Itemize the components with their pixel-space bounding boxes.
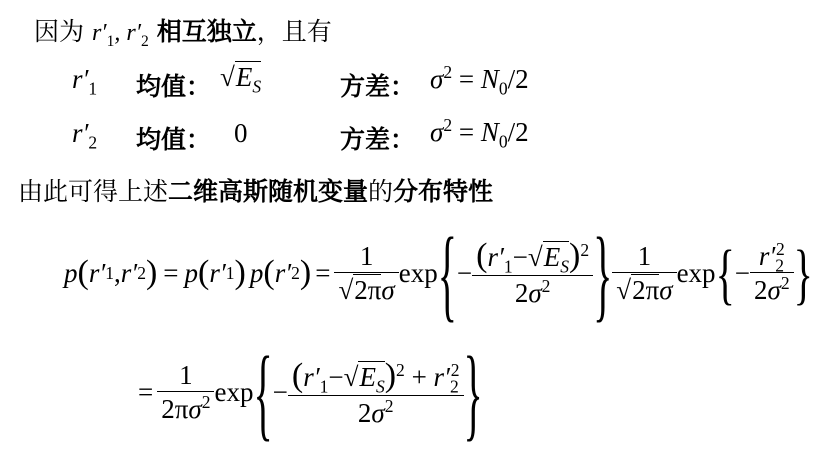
fraction-r1-term: (r′1−√ES)2 2σ2: [472, 237, 593, 309]
fraction-1-over-sqrt2pi-sigma-2: 1 √2πσ: [612, 241, 676, 306]
fraction-combined-term: (r′1−√ES)2 + r′22 2σ2: [288, 357, 464, 429]
intro-suffix: ，且有: [257, 17, 332, 46]
intro-prefix: 因为: [34, 17, 84, 46]
fraction-r2-term: r′22 2σ2: [750, 241, 794, 306]
conclusion-bold-end: 分布特性: [393, 177, 493, 206]
r1-mean-label: 均值：: [136, 67, 211, 103]
joint-pdf-simplified-equation: = 1 2πσ2 exp { − (r′1−√ES)2 + r′22 2σ2 }: [138, 335, 483, 450]
r1-variance-value: σ2 = N0/2: [430, 64, 529, 95]
intro-bold-text: 相互独立: [157, 17, 257, 46]
conclusion-mid: 的: [368, 177, 393, 206]
fraction-1-over-sqrt2pi-sigma: 1 √2πσ: [334, 241, 398, 306]
conclusion-prefix: 由此可得上述: [18, 177, 168, 206]
r2-variance-label: 方差：: [340, 120, 415, 156]
conclusion-bold-middle: 二维高斯随机变量: [168, 177, 368, 206]
r1-label: r′1: [72, 64, 97, 95]
joint-pdf-equation: p(r′1,r′2) = p(r′1) p(r′2) = 1 √2πσ exp …: [64, 218, 813, 328]
r1-variance-label: 方差：: [340, 67, 415, 103]
r2-variance-value: σ2 = N0/2: [430, 117, 529, 148]
intro-line: 因为 r′1, r′2 相互独立，且有: [34, 12, 332, 48]
r2-mean-label: 均值：: [136, 120, 211, 156]
conclusion-line: 由此可得上述二维高斯随机变量的分布特性: [18, 172, 493, 208]
fraction-1-over-2pi-sigma-sq: 1 2πσ2: [157, 360, 214, 425]
r1-mean-value: √ES: [220, 62, 261, 93]
intro-variables: r′1, r′2: [92, 20, 149, 46]
r2-mean-value: 0: [234, 118, 248, 149]
r2-label: r′2: [72, 118, 97, 149]
